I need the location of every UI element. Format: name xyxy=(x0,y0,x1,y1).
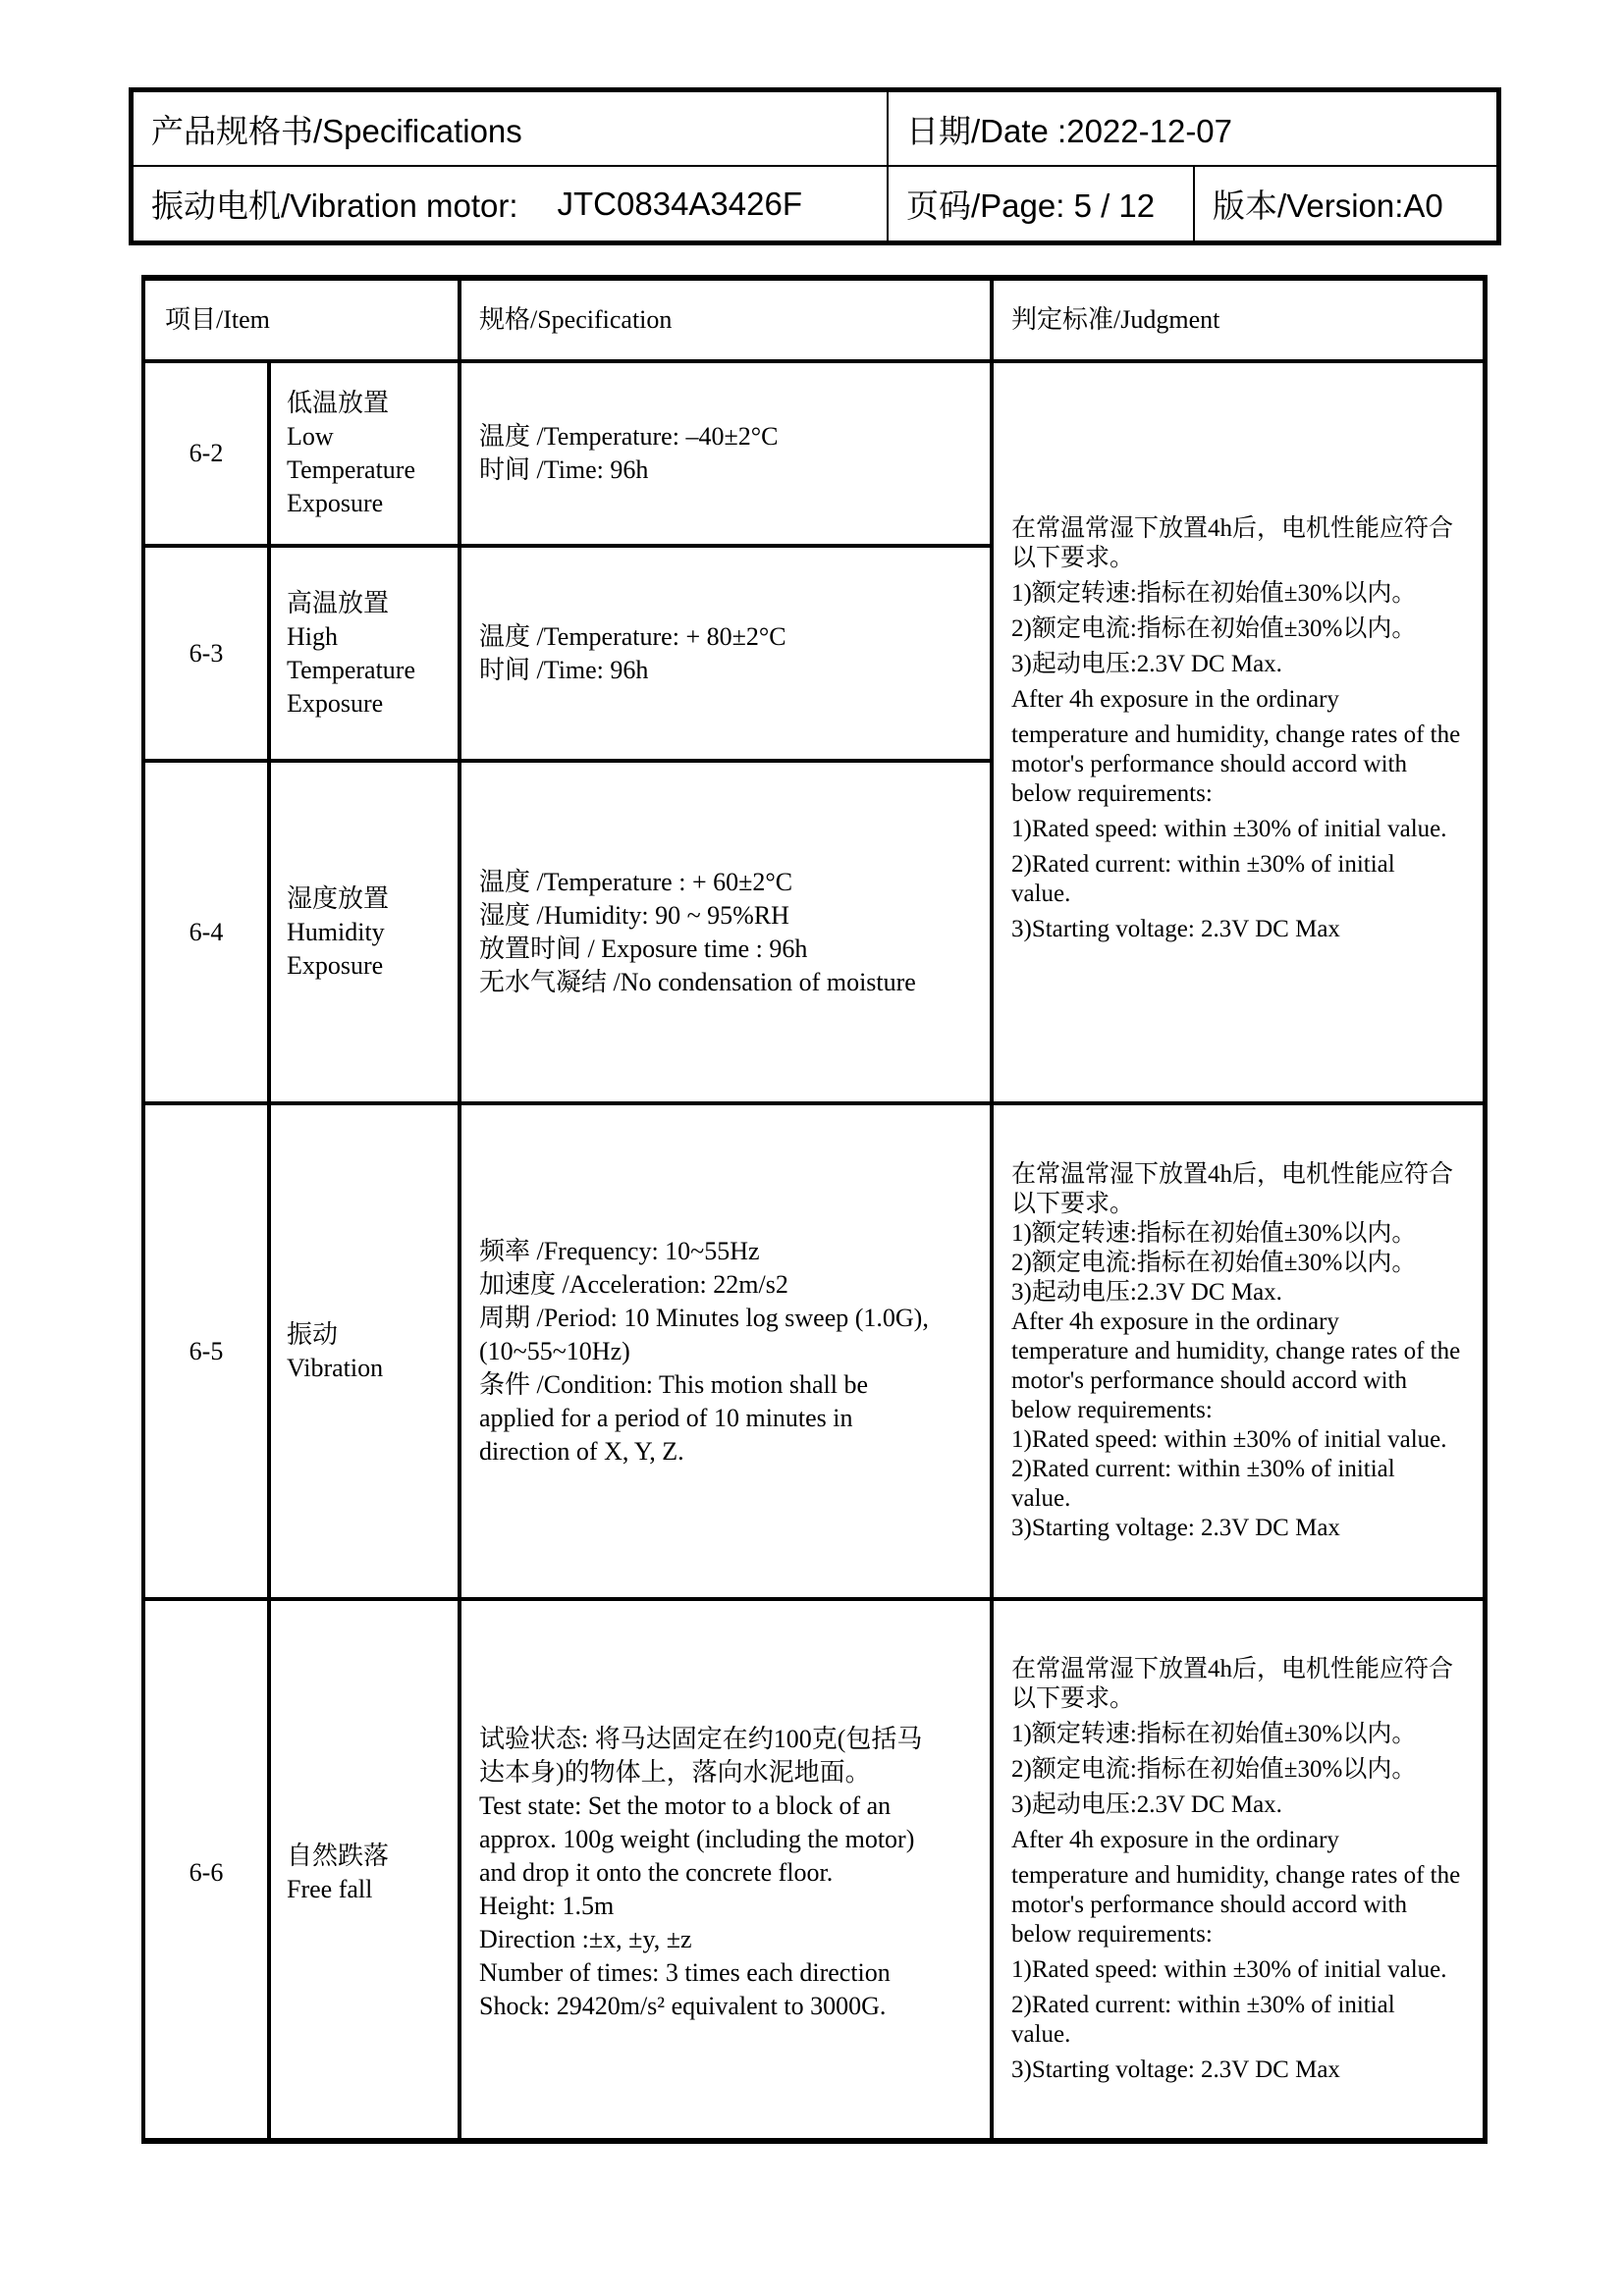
doc-title: 产品规格书/Specifications xyxy=(134,92,887,166)
judgment-en-3: 3)Starting voltage: 2.3V DC Max xyxy=(1011,1514,1478,1543)
row-6-3-spec: 温度 /Temperature: + 80±2°C 时间 /Time: 96h xyxy=(479,548,985,759)
judgment-en-intro-1: After 4h exposure in the ordinary xyxy=(1011,1826,1478,1855)
judgment-en-intro-2: temperature and humidity, change rates o… xyxy=(1011,721,1478,809)
judgment-en-intro-2: temperature and humidity, change rates o… xyxy=(1011,1337,1478,1425)
row-6-6-number: 6-6 xyxy=(145,1601,267,2144)
row-6-2-spec: 温度 /Temperature: –40±2°C 时间 /Time: 96h xyxy=(479,363,985,544)
spec-table: 项目/Item 规格/Specification 判定标准/Judgment 6… xyxy=(141,275,1488,2144)
judgment-en-intro-1: After 4h exposure in the ordinary xyxy=(1011,685,1478,715)
judgment-cn-1: 1)额定转速:指标在初始值±30%以内。 xyxy=(1011,579,1478,609)
model-number: JTC0834A3426F xyxy=(558,186,802,223)
column-header-judgment: 判定标准/Judgment xyxy=(1011,281,1473,359)
row-6-5-spec: 频率 /Frequency: 10~55Hz 加速度 /Acceleration… xyxy=(479,1105,985,1597)
document-header: 产品规格书/Specifications 日期/Date :2022-12-07… xyxy=(129,87,1501,245)
row-6-4-name: 湿度放置 Humidity Exposure xyxy=(287,763,454,1101)
judgment-cn-intro: 在常温常湿下放置4h后，电机性能应符合 以下要求。 xyxy=(1011,1655,1478,1714)
page-number: 页码/Page: 5 / 12 xyxy=(889,167,1193,240)
judgment-en-2: 2)Rated current: within ±30% of initial … xyxy=(1011,850,1478,909)
col-divider-spec xyxy=(458,281,461,2144)
row-6-2-number: 6-2 xyxy=(145,363,267,544)
row-6-4-spec: 温度 /Temperature : + 60±2°C 湿度 /Humidity:… xyxy=(479,763,985,1101)
judgment-cn-2: 2)额定电流:指标在初始值±30%以内。 xyxy=(1011,1249,1478,1278)
judgment-cn-3: 3)起动电压:2.3V DC Max. xyxy=(1011,1278,1478,1308)
row-6-2-name: 低温放置 Low Temperature Exposure xyxy=(287,363,454,544)
judgment-6-2-to-6-4: 在常温常湿下放置4h后，电机性能应符合 以下要求。 1)额定转速:指标在初始值±… xyxy=(1011,363,1478,1101)
version: 版本/Version:A0 xyxy=(1195,167,1497,240)
judgment-en-1: 1)Rated speed: within ±30% of initial va… xyxy=(1011,1425,1478,1455)
judgment-en-3: 3)Starting voltage: 2.3V DC Max xyxy=(1011,915,1478,944)
judgment-en-2: 2)Rated current: within ±30% of initial … xyxy=(1011,1991,1478,2050)
row-6-6-name: 自然跌落 Free fall xyxy=(287,1601,454,2144)
judgment-en-3: 3)Starting voltage: 2.3V DC Max xyxy=(1011,2056,1478,2085)
column-header-spec: 规格/Specification xyxy=(479,281,980,359)
judgment-en-1: 1)Rated speed: within ±30% of initial va… xyxy=(1011,815,1478,844)
judgment-cn-3: 3)起动电压:2.3V DC Max. xyxy=(1011,650,1478,679)
row-6-5-number: 6-5 xyxy=(145,1105,267,1597)
judgment-en-intro-2: temperature and humidity, change rates o… xyxy=(1011,1861,1478,1949)
judgment-en-1: 1)Rated speed: within ±30% of initial va… xyxy=(1011,1955,1478,1985)
product-label: 振动电机/Vibration motor: xyxy=(151,181,518,227)
judgment-cn-3: 3)起动电压:2.3V DC Max. xyxy=(1011,1790,1478,1820)
judgment-6-5: 在常温常湿下放置4h后，电机性能应符合 以下要求。 1)额定转速:指标在初始值±… xyxy=(1011,1105,1478,1597)
judgment-6-6: 在常温常湿下放置4h后，电机性能应符合 以下要求。 1)额定转速:指标在初始值±… xyxy=(1011,1601,1478,2144)
row-6-4-number: 6-4 xyxy=(145,763,267,1101)
row-6-3-name: 高温放置 High Temperature Exposure xyxy=(287,548,454,759)
judgment-cn-2: 2)额定电流:指标在初始值±30%以内。 xyxy=(1011,614,1478,644)
row-6-6-spec: 试验状态: 将马达固定在约100克(包括马 达本身)的物体上，落向水泥地面。 T… xyxy=(479,1601,985,2144)
product-line: 振动电机/Vibration motor: JTC0834A3426F xyxy=(134,167,887,240)
judgment-cn-intro: 在常温常湿下放置4h后，电机性能应符合 以下要求。 xyxy=(1011,1160,1478,1219)
doc-date: 日期/Date :2022-12-07 xyxy=(889,92,1497,166)
judgment-cn-2: 2)额定电流:指标在初始值±30%以内。 xyxy=(1011,1755,1478,1785)
row-6-5-name: 振动 Vibration xyxy=(287,1105,454,1597)
col-divider-judgment xyxy=(990,281,994,2144)
column-header-item: 项目/Item xyxy=(165,281,450,359)
col-divider-item-no xyxy=(267,363,271,2144)
judgment-cn-1: 1)额定转速:指标在初始值±30%以内。 xyxy=(1011,1720,1478,1749)
judgment-cn-1: 1)额定转速:指标在初始值±30%以内。 xyxy=(1011,1219,1478,1249)
judgment-en-2: 2)Rated current: within ±30% of initial … xyxy=(1011,1455,1478,1514)
judgment-en-intro-1: After 4h exposure in the ordinary xyxy=(1011,1308,1478,1337)
row-6-3-number: 6-3 xyxy=(145,548,267,759)
judgment-cn-intro: 在常温常湿下放置4h后，电机性能应符合 以下要求。 xyxy=(1011,514,1478,573)
